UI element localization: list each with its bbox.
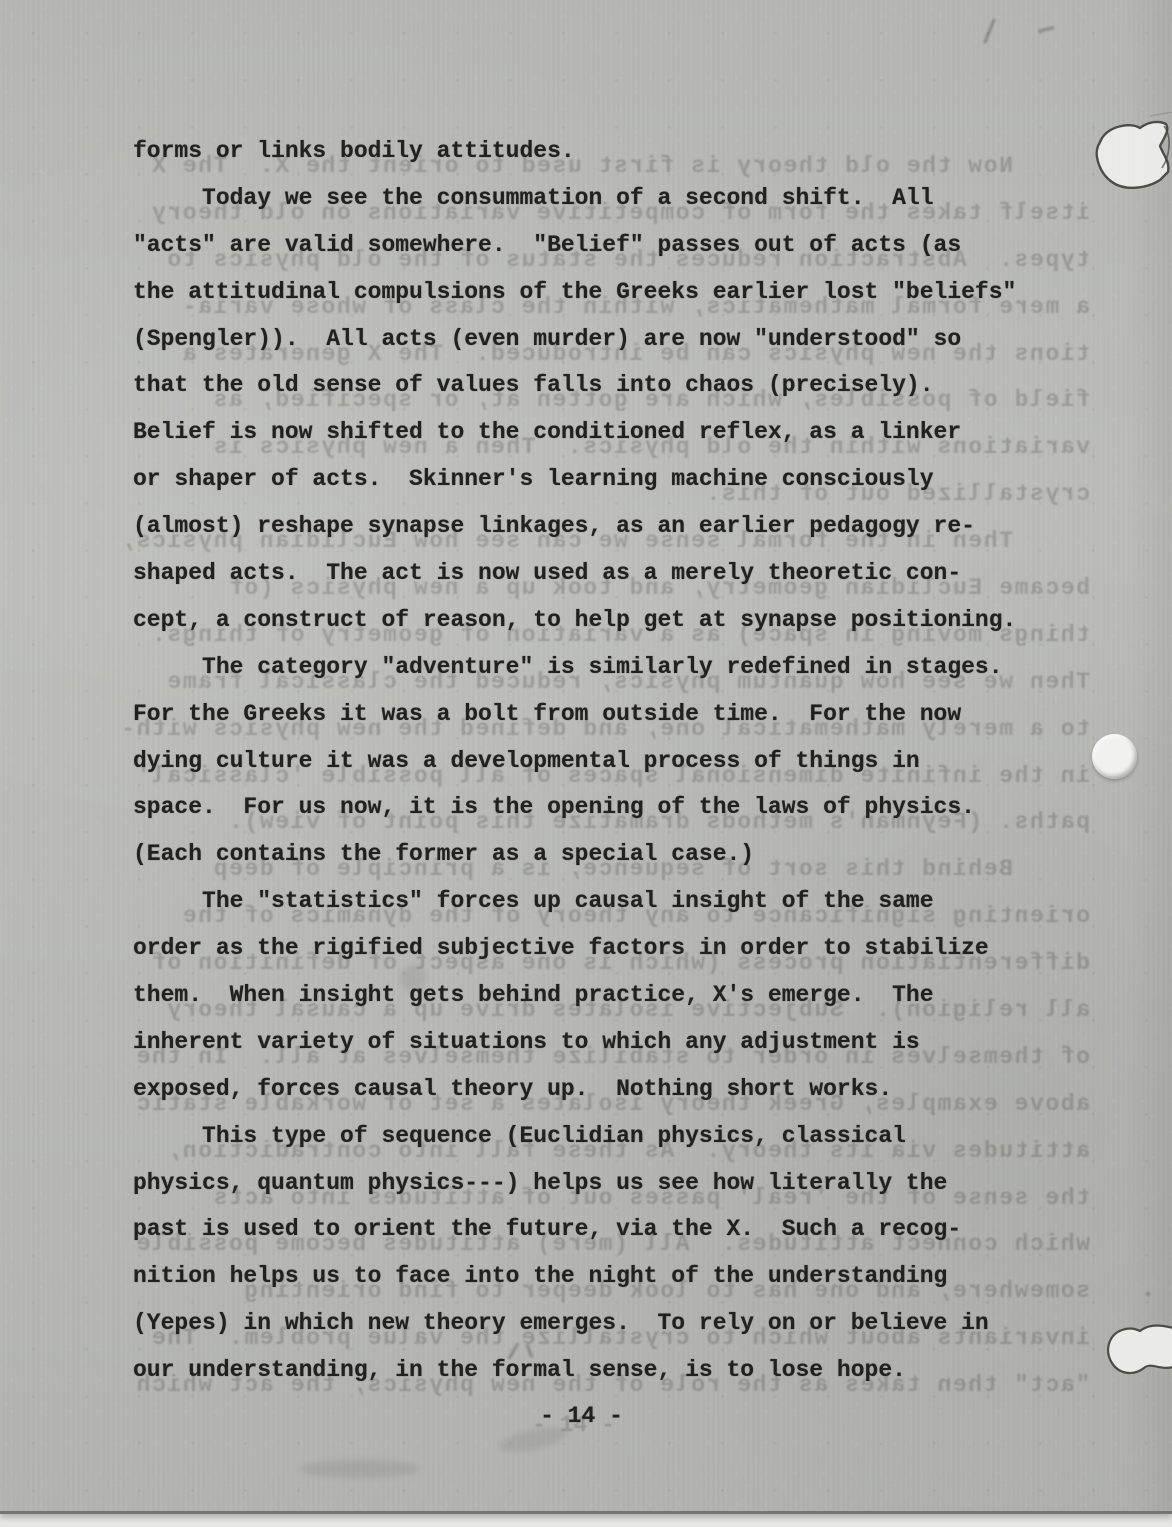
- paper-sheet: Now the old theory is first used to orie…: [0, 0, 1172, 1514]
- typed-line: nition helps us to face into the night o…: [133, 1253, 1053, 1300]
- typed-line: shaped acts. The act is now used as a me…: [133, 550, 1053, 597]
- stain-smear: [400, 965, 426, 991]
- typed-line: that the old sense of values falls into …: [133, 362, 1053, 409]
- page-number: - 14 -: [133, 1393, 1030, 1440]
- typed-line: physics, quantum physics---) helps us se…: [133, 1160, 1053, 1207]
- ink-speck: [1146, 1292, 1150, 1296]
- ink-smudge: [1038, 26, 1054, 33]
- typed-line: dying culture it was a developmental pro…: [133, 738, 1053, 785]
- typed-line: The "statistics" forces up causal insigh…: [133, 878, 1053, 925]
- typed-line: them. When insight gets behind practice,…: [133, 972, 1053, 1019]
- torn-taped-edge-bottom-right-icon: [1098, 1315, 1172, 1381]
- typed-line: Today we see the consummation of a secon…: [133, 175, 1053, 222]
- typed-line: (Yepes) in which new theory emerges. To …: [133, 1300, 1053, 1347]
- torn-taped-edge-top-right-icon: [1080, 112, 1172, 192]
- typed-line: (almost) reshape synapse linkages, as an…: [133, 503, 1053, 550]
- stain-smear: [300, 1460, 420, 1478]
- typed-line: order as the rigified subjective factors…: [133, 925, 1053, 972]
- typed-line: Belief is now shifted to the conditioned…: [133, 409, 1053, 456]
- typed-body-text: forms or links bodily attitudes. Today w…: [133, 128, 1053, 1394]
- typed-line: exposed, forces causal theory up. Nothin…: [133, 1066, 1053, 1113]
- typed-line: or shaper of acts. Skinner's learning ma…: [133, 456, 1053, 503]
- ink-smudge: [983, 18, 996, 43]
- typed-line: space. For us now, it is the opening of …: [133, 784, 1053, 831]
- hole-punch: [1092, 734, 1137, 779]
- scanned-typewritten-page: { "document": { "page_number": "- 14 -",…: [0, 0, 1172, 1527]
- typed-line: The category "adventure" is similarly re…: [133, 644, 1053, 691]
- typed-line: (Spengler)). All acts (even murder) are …: [133, 316, 1053, 363]
- typed-line: cept, a construct of reason, to help get…: [133, 597, 1053, 644]
- typed-line: For the Greeks it was a bolt from outsid…: [133, 691, 1053, 738]
- typed-line: (Each contains the former as a special c…: [133, 831, 1053, 878]
- typed-line: inherent variety of situations to which …: [133, 1019, 1053, 1066]
- typed-line: our understanding, in the formal sense, …: [133, 1347, 1053, 1394]
- typed-line: forms or links bodily attitudes.: [133, 128, 1053, 175]
- typed-line: This type of sequence (Euclidian physics…: [133, 1113, 1053, 1160]
- typed-line: the attitudinal compulsions of the Greek…: [133, 269, 1053, 316]
- typed-line: past is used to orient the future, via t…: [133, 1206, 1053, 1253]
- typed-line: "acts" are valid somewhere. "Belief" pas…: [133, 222, 1053, 269]
